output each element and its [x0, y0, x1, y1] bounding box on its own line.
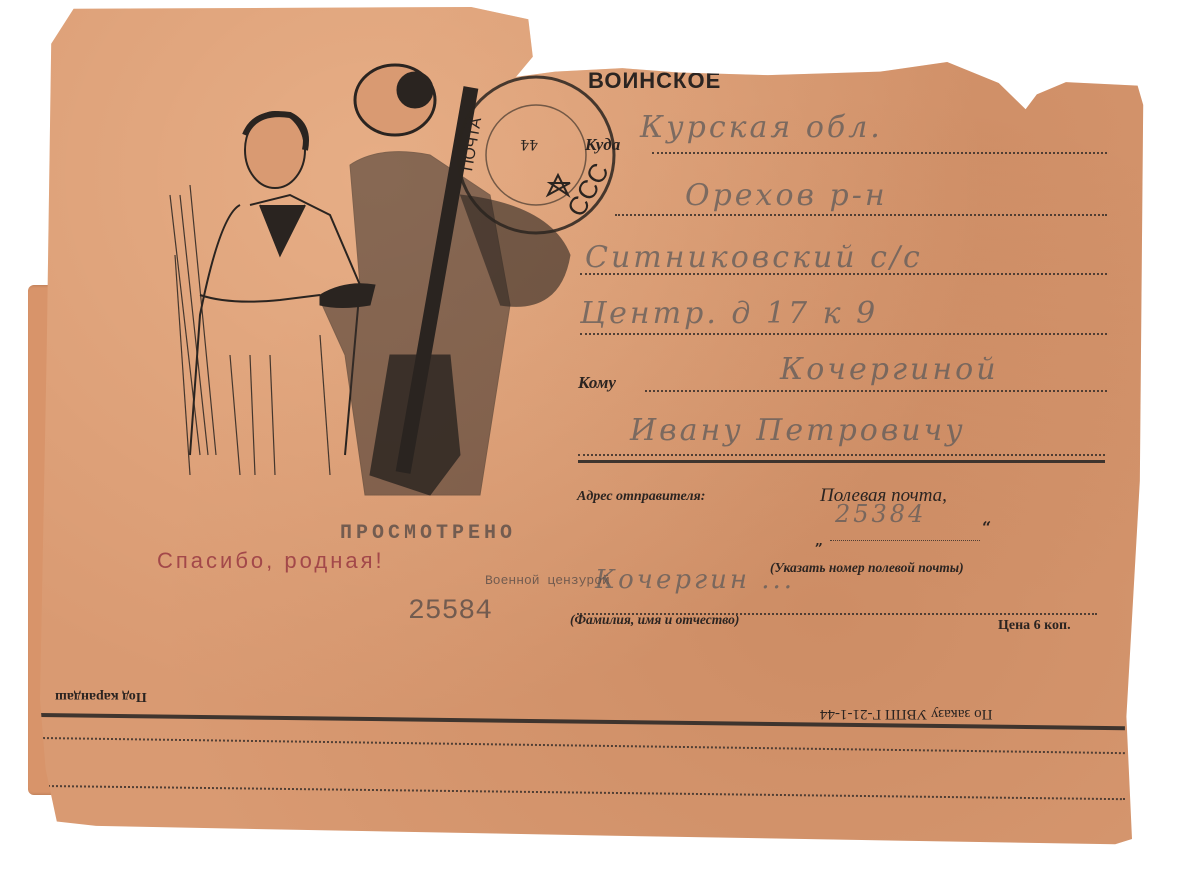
postmark-stamp: ССС ПОЧТА 44 [448, 75, 638, 235]
address-divider [578, 460, 1105, 463]
header-partial: ВОИНСКОЕ [588, 68, 721, 94]
censor-stamp-number: 25584 [408, 596, 492, 627]
to-where-label: Куда [585, 135, 620, 155]
address-line-4 [580, 333, 1107, 335]
address-line-2 [615, 214, 1107, 216]
field-post-quote-close: “ [982, 518, 991, 537]
envelope: ССС ПОЧТА 44 ВОИНСКОЕ Куда Курская обл. … [40, 0, 1160, 874]
flap-right-text: По заказу УВПП Г-21-1-44 [820, 705, 992, 722]
handwritten-recipient-2: Ивану Петровичу [630, 413, 966, 448]
field-post-hint: (Указать номер полевой почты) [770, 560, 964, 576]
handwritten-address-3: Ситниковский с/с [585, 240, 923, 275]
censor-stamp-label: Военной цензурой [485, 573, 610, 588]
illustration-caption: Спасибо, родная! [157, 548, 385, 574]
handwritten-field-post: 25384 [835, 500, 926, 528]
to-whom-label: Кому [578, 373, 616, 393]
address-line-1 [652, 152, 1107, 154]
svg-text:44: 44 [520, 136, 538, 152]
handwritten-address-4: Центр. д 17 к 9 [580, 296, 878, 331]
sender-label: Адрес отправителя: [577, 489, 705, 505]
field-post-line [830, 540, 980, 541]
price-label: Цена 6 коп. [998, 618, 1071, 634]
recipient-line-1 [645, 390, 1107, 392]
field-post-quote-open: „ [815, 533, 823, 549]
name-hint: (Фамилия, имя и отчество) [570, 612, 739, 628]
handwritten-address-2: Орехов р-н [685, 178, 888, 213]
handwritten-address-1: Курская обл. [640, 110, 883, 145]
censor-stamp-title: ПРОСМОТРЕНО [340, 522, 516, 545]
handwritten-recipient-1: Кочергиной [780, 352, 999, 387]
handwritten-sender-name: Кочергин ... [595, 565, 795, 595]
flap-left-text: Под карандаш [55, 688, 147, 704]
flap-line-2 [45, 785, 1125, 800]
flap-line-1 [40, 737, 1125, 754]
recipient-line-2 [578, 454, 1105, 456]
